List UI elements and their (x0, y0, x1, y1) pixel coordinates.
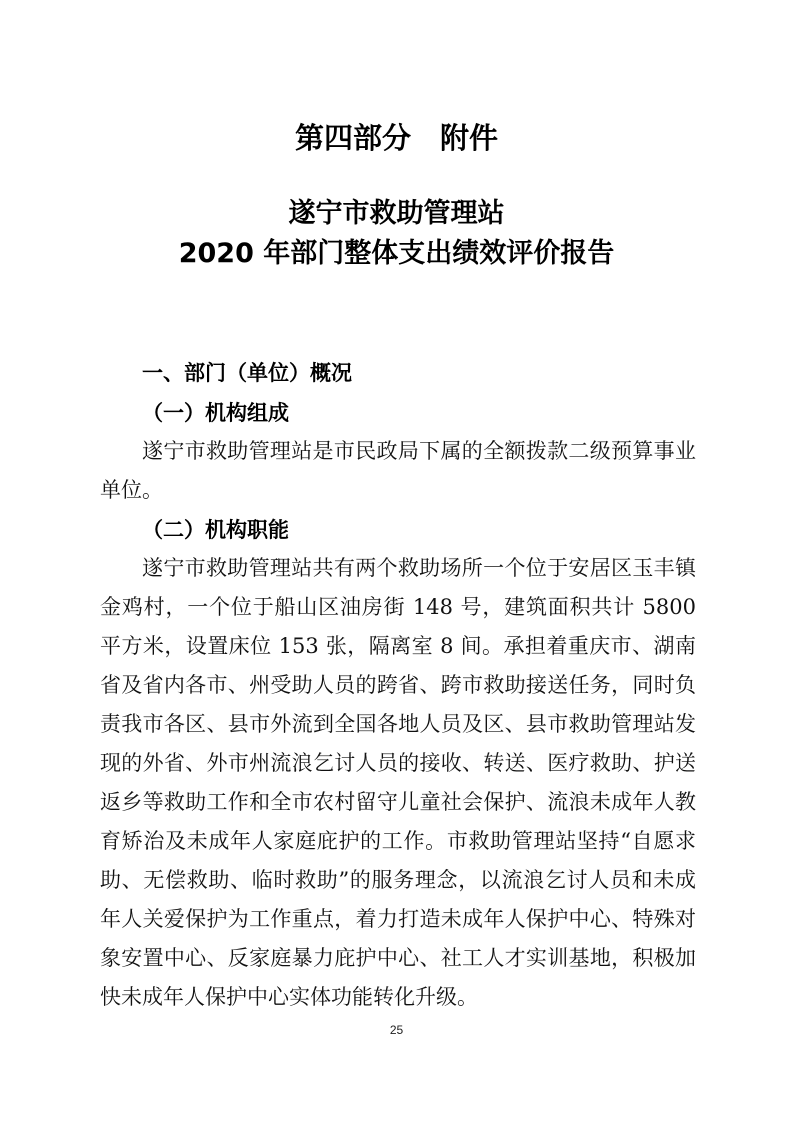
paragraph-organization: 遂宁市救助管理站是市民政局下属的全额拨款二级预算事业单位。 (100, 432, 696, 510)
document-title-line1: 遂宁市救助管理站 (0, 194, 793, 234)
paragraph-functions: 遂宁市救助管理站共有两个救助场所一个位于安居区玉丰镇金鸡村，一个位于船山区油房街… (100, 549, 696, 1017)
part-heading: 第四部分 附件 (0, 120, 793, 156)
section-heading-overview: 一、部门（单位）概况 (100, 354, 696, 393)
document-title: 遂宁市救助管理站 2020 年部门整体支出绩效评价报告 (0, 194, 793, 274)
subsection-heading-functions: （二）机构职能 (100, 510, 696, 549)
subsection-heading-organization: （一）机构组成 (100, 393, 696, 432)
document-body: 一、部门（单位）概况 （一）机构组成 遂宁市救助管理站是市民政局下属的全额拨款二… (100, 354, 696, 1017)
document-page: 第四部分 附件 遂宁市救助管理站 2020 年部门整体支出绩效评价报告 一、部门… (0, 0, 793, 1122)
page-number: 25 (0, 1022, 793, 1038)
document-title-line2: 2020 年部门整体支出绩效评价报告 (0, 234, 793, 274)
